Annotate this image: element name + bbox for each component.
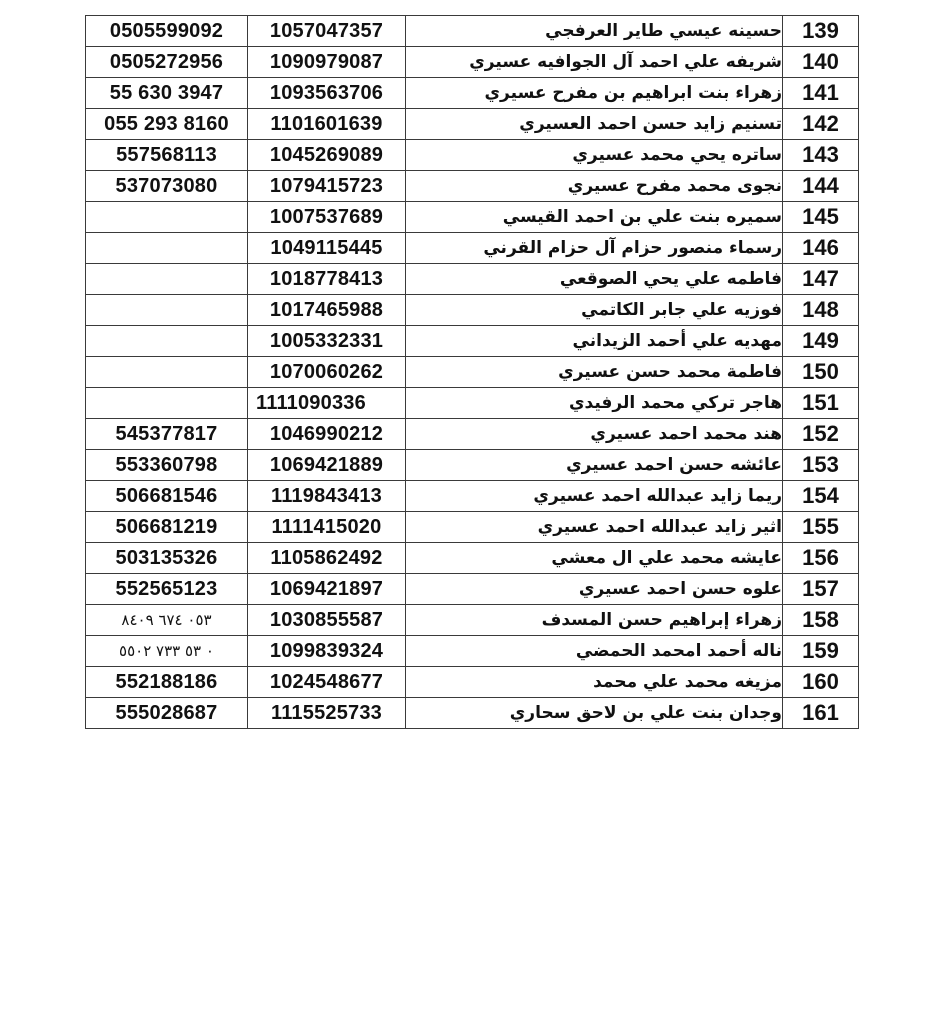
name-cell: زهراء بنت ابراهيم بن مفرح عسيري: [406, 78, 783, 109]
phone-cell: 0505272956: [86, 47, 248, 78]
phone-cell: ٠ ٥٣ ٧٣٣ ٥٥٠٢: [86, 636, 248, 667]
phone-cell: 552188186: [86, 667, 248, 698]
id-number-cell: 1093563706: [248, 78, 406, 109]
phone-cell: 0505599092: [86, 16, 248, 47]
name-cell: مهديه علي أحمد الزيداني: [406, 326, 783, 357]
table-row: 5066812191111415020اثير زايد عبدالله احم…: [86, 512, 859, 543]
phone-cell: [86, 388, 248, 419]
table-row: 5521881861024548677مزيغه محمد علي محمد16…: [86, 667, 859, 698]
serial-cell: 159: [783, 636, 859, 667]
table-row: ٠ ٥٣ ٧٣٣ ٥٥٠٢1099839324ناله أحمد امحمد ا…: [86, 636, 859, 667]
name-cell: مزيغه محمد علي محمد: [406, 667, 783, 698]
serial-cell: 154: [783, 481, 859, 512]
serial-cell: 155: [783, 512, 859, 543]
serial-cell: 143: [783, 140, 859, 171]
table-row: 1070060262فاطمة محمد حسن عسيري150: [86, 357, 859, 388]
id-number-cell: 1069421889: [248, 450, 406, 481]
id-number-cell: 1018778413: [248, 264, 406, 295]
id-number-cell: 1119843413: [248, 481, 406, 512]
phone-cell: [86, 202, 248, 233]
phone-cell: [86, 326, 248, 357]
name-cell: عائشه حسن احمد عسيري: [406, 450, 783, 481]
table-row: 5525651231069421897علوه حسن احمد عسيري15…: [86, 574, 859, 605]
serial-cell: 161: [783, 698, 859, 729]
name-cell: نجوى محمد مفرح عسيري: [406, 171, 783, 202]
name-cell: فاطمه علي يحي الصوقعي: [406, 264, 783, 295]
table-row: 1007537689سميره بنت علي بن احمد القيسي14…: [86, 202, 859, 233]
name-cell: هند محمد احمد عسيري: [406, 419, 783, 450]
phone-cell: [86, 295, 248, 326]
serial-cell: 158: [783, 605, 859, 636]
id-number-cell: 1099839324: [248, 636, 406, 667]
id-number-cell: 1007537689: [248, 202, 406, 233]
phone-cell: 545377817: [86, 419, 248, 450]
serial-cell: 152: [783, 419, 859, 450]
name-cell: تسنيم زايد حسن احمد العسيري: [406, 109, 783, 140]
phone-cell: 503135326: [86, 543, 248, 574]
serial-cell: 153: [783, 450, 859, 481]
id-number-cell: 1017465988: [248, 295, 406, 326]
phone-cell: [86, 233, 248, 264]
table-row: 5031353261105862492عايشه محمد علي ال معش…: [86, 543, 859, 574]
serial-cell: 147: [783, 264, 859, 295]
table-row: 055 293 81601101601639تسنيم زايد حسن احم…: [86, 109, 859, 140]
serial-cell: 141: [783, 78, 859, 109]
table-row: 1005332331مهديه علي أحمد الزيداني149: [86, 326, 859, 357]
id-number-cell: 1049115445: [248, 233, 406, 264]
name-cell: هاجر تركي محمد الرفيدي: [406, 388, 783, 419]
serial-cell: 150: [783, 357, 859, 388]
name-cell: وجدان بنت علي بن لاحق سحاري: [406, 698, 783, 729]
serial-cell: 148: [783, 295, 859, 326]
name-cell: حسينه عيسي طاير العرفجي: [406, 16, 783, 47]
id-number-cell: 1079415723: [248, 171, 406, 202]
id-number-cell: 1045269089: [248, 140, 406, 171]
phone-cell: ٠٥٣ ٦٧٤ ٨٤٠٩: [86, 605, 248, 636]
phone-cell: 506681219: [86, 512, 248, 543]
table-row: ٠٥٣ ٦٧٤ ٨٤٠٩1030855587زهراء إبراهيم حسن …: [86, 605, 859, 636]
name-cell: شريفه علي احمد آل الجوافيه عسيري: [406, 47, 783, 78]
roster-table-body: 05055990921057047357حسينه عيسي طاير العر…: [86, 16, 859, 729]
table-row: 1017465988فوزيه علي جابر الكاتمي148: [86, 295, 859, 326]
id-number-cell: 1057047357: [248, 16, 406, 47]
phone-cell: 557568113: [86, 140, 248, 171]
id-number-cell: 1105862492: [248, 543, 406, 574]
serial-cell: 146: [783, 233, 859, 264]
name-cell: ساتره يحي محمد عسيري: [406, 140, 783, 171]
table-row: 5550286871115525733وجدان بنت علي بن لاحق…: [86, 698, 859, 729]
phone-cell: 552565123: [86, 574, 248, 605]
serial-cell: 160: [783, 667, 859, 698]
id-number-cell: 1101601639: [248, 109, 406, 140]
id-number-cell: 1115525733: [248, 698, 406, 729]
serial-cell: 156: [783, 543, 859, 574]
document-page: 05055990921057047357حسينه عيسي طاير العر…: [85, 15, 858, 729]
table-row: 5575681131045269089ساتره يحي محمد عسيري1…: [86, 140, 859, 171]
name-cell: رسماء منصور حزام آل حزام القرني: [406, 233, 783, 264]
serial-cell: 145: [783, 202, 859, 233]
table-row: 05052729561090979087شريفه علي احمد آل ال…: [86, 47, 859, 78]
serial-cell: 151: [783, 388, 859, 419]
name-cell: اثير زايد عبدالله احمد عسيري: [406, 512, 783, 543]
name-cell: ناله أحمد امحمد الحمضي: [406, 636, 783, 667]
name-cell: فاطمة محمد حسن عسيري: [406, 357, 783, 388]
table-row: 5533607981069421889عائشه حسن احمد عسيري1…: [86, 450, 859, 481]
table-row: 5370730801079415723نجوى محمد مفرح عسيري1…: [86, 171, 859, 202]
name-cell: ريما زايد عبدالله احمد عسيري: [406, 481, 783, 512]
id-number-cell: 1005332331: [248, 326, 406, 357]
id-number-cell: 1111090336: [248, 388, 406, 419]
phone-cell: [86, 357, 248, 388]
phone-cell: [86, 264, 248, 295]
name-cell: عايشه محمد علي ال معشي: [406, 543, 783, 574]
id-number-cell: 1024548677: [248, 667, 406, 698]
id-number-cell: 1070060262: [248, 357, 406, 388]
id-number-cell: 1111415020: [248, 512, 406, 543]
table-row: 5066815461119843413ريما زايد عبدالله احم…: [86, 481, 859, 512]
name-cell: علوه حسن احمد عسيري: [406, 574, 783, 605]
table-row: 5453778171046990212هند محمد احمد عسيري15…: [86, 419, 859, 450]
id-number-cell: 1090979087: [248, 47, 406, 78]
phone-cell: 537073080: [86, 171, 248, 202]
table-row: 05055990921057047357حسينه عيسي طاير العر…: [86, 16, 859, 47]
id-number-cell: 1046990212: [248, 419, 406, 450]
phone-cell: 55 630 3947: [86, 78, 248, 109]
table-row: 1018778413فاطمه علي يحي الصوقعي147: [86, 264, 859, 295]
name-cell: زهراء إبراهيم حسن المسدف: [406, 605, 783, 636]
serial-cell: 139: [783, 16, 859, 47]
serial-cell: 157: [783, 574, 859, 605]
table-row: 1049115445رسماء منصور حزام آل حزام القرن…: [86, 233, 859, 264]
table-row: 55 630 39471093563706زهراء بنت ابراهيم ب…: [86, 78, 859, 109]
serial-cell: 144: [783, 171, 859, 202]
name-cell: سميره بنت علي بن احمد القيسي: [406, 202, 783, 233]
roster-table: 05055990921057047357حسينه عيسي طاير العر…: [85, 15, 859, 729]
serial-cell: 149: [783, 326, 859, 357]
table-row: 1111090336هاجر تركي محمد الرفيدي151: [86, 388, 859, 419]
id-number-cell: 1030855587: [248, 605, 406, 636]
phone-cell: 506681546: [86, 481, 248, 512]
phone-cell: 555028687: [86, 698, 248, 729]
name-cell: فوزيه علي جابر الكاتمي: [406, 295, 783, 326]
phone-cell: 553360798: [86, 450, 248, 481]
serial-cell: 142: [783, 109, 859, 140]
id-number-cell: 1069421897: [248, 574, 406, 605]
serial-cell: 140: [783, 47, 859, 78]
phone-cell: 055 293 8160: [86, 109, 248, 140]
